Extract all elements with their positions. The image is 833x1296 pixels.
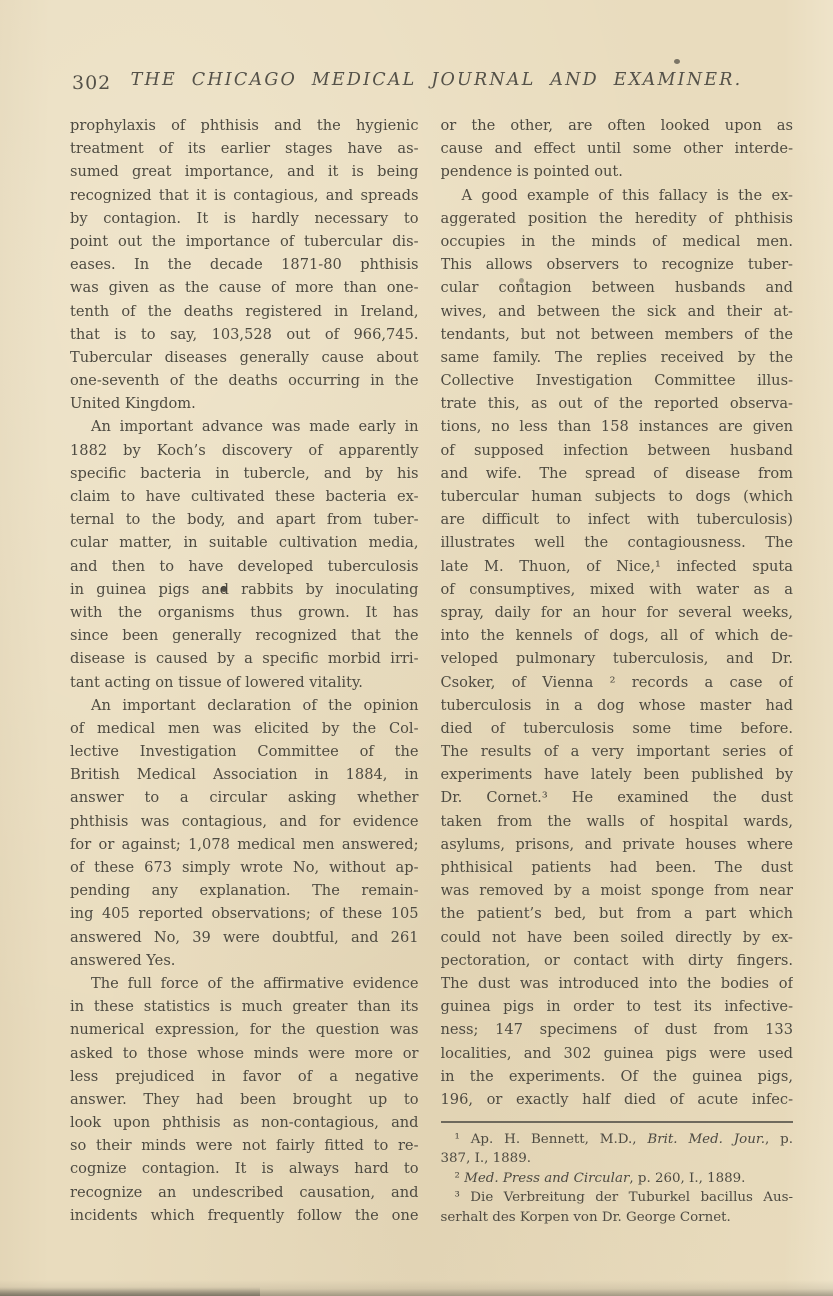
text-line: British Medical Association in 1884, in bbox=[70, 763, 419, 786]
text-line: wives, and between the sick and their at… bbox=[441, 300, 793, 323]
text-line: eases. In the decade 1871-80 phthisis bbox=[70, 253, 419, 276]
paragraph: The full force of the affirmative eviden… bbox=[70, 972, 419, 1227]
text-line: Collective Investigation Committee illus… bbox=[441, 369, 793, 392]
text-line: experiments have lately been published b… bbox=[441, 763, 793, 786]
text-line: cular matter, in suitable cultivation me… bbox=[70, 531, 419, 554]
page-content: 302 THE CHICAGO MEDICAL JOURNAL AND EXAM… bbox=[0, 0, 833, 1228]
footnote-text: serhalt des Korpen von Dr. George Cornet… bbox=[441, 1210, 731, 1225]
text-line: in the experiments. Of the guinea pigs, bbox=[441, 1065, 793, 1088]
text-line: United Kingdom. bbox=[70, 392, 419, 415]
text-line: incidents which frequently follow the on… bbox=[70, 1204, 419, 1227]
paper-speck bbox=[674, 59, 680, 64]
text-line: Csoker, of Vienna ² records a case of bbox=[441, 671, 793, 694]
text-line: could not have been soiled directly by e… bbox=[441, 926, 793, 949]
text-line: of supposed infection between husband bbox=[441, 439, 793, 462]
text-line: recognized that it is contagious, and sp… bbox=[70, 184, 419, 207]
text-line: An important advance was made early in bbox=[70, 415, 419, 438]
text-line: trate this, as out of the reported obser… bbox=[441, 392, 793, 415]
text-line: The results of a very important series o… bbox=[441, 740, 793, 763]
text-line: for or against; 1,078 medical men answer… bbox=[70, 833, 419, 856]
text-line: tendants, but not between members of the bbox=[441, 323, 793, 346]
text-line: ness; 147 specimens of dust from 133 bbox=[441, 1018, 793, 1041]
text-line: treatment of its earlier stages have as- bbox=[70, 137, 419, 160]
text-line: Dr. Cornet.³ He examined the dust bbox=[441, 786, 793, 809]
scan-bottom-shadow-left bbox=[0, 1287, 260, 1296]
text-line: pending any explanation. The remain- bbox=[70, 879, 419, 902]
text-line: asylums, prisons, and private houses whe… bbox=[441, 833, 793, 856]
text-line: Tubercular diseases generally cause abou… bbox=[70, 346, 419, 369]
text-line: aggerated position the heredity of phthi… bbox=[441, 207, 793, 230]
text-line: phthisis was contagious, and for evidenc… bbox=[70, 810, 419, 833]
text-line: lective Investigation Committee of the bbox=[70, 740, 419, 763]
text-line: The dust was introduced into the bodies … bbox=[441, 972, 793, 995]
journal-title: THE CHICAGO MEDICAL JOURNAL AND EXAMINER… bbox=[70, 70, 793, 90]
text-line: pendence is pointed out. bbox=[441, 160, 793, 183]
text-line: spray, daily for an hour for several wee… bbox=[441, 601, 793, 624]
text-line: in these statistics is much greater than… bbox=[70, 995, 419, 1018]
footnote-citation: Brit. Med. Jour. bbox=[647, 1132, 765, 1147]
footnote-line: 387, I., 1889. bbox=[441, 1149, 793, 1169]
right-column: or the other, are often looked upon asca… bbox=[441, 114, 793, 1228]
ink-blot bbox=[221, 586, 227, 592]
text-line: answer to a circular asking whether bbox=[70, 786, 419, 809]
text-line: are difficult to infect with tuberculosi… bbox=[441, 508, 793, 531]
text-line: so their minds were not fairly fitted to… bbox=[70, 1134, 419, 1157]
footnote-line: ² Med. Press and Circular, p. 260, I., 1… bbox=[441, 1169, 793, 1189]
text-line: of consumptives, mixed with water as a bbox=[441, 578, 793, 601]
text-line: occupies in the minds of medical men. bbox=[441, 230, 793, 253]
text-line: pectoration, or contact with dirty finge… bbox=[441, 949, 793, 972]
text-line: illustrates well the contagiousness. The bbox=[441, 531, 793, 554]
text-line: of medical men was elicited by the Col- bbox=[70, 717, 419, 740]
footnote-text: 387, I., 1889. bbox=[441, 1151, 531, 1166]
paper-speck bbox=[519, 278, 524, 283]
text-line: tubercular human subjects to dogs (which bbox=[441, 485, 793, 508]
left-column: prophylaxis of phthisis and the hygienic… bbox=[70, 114, 419, 1228]
text-line: in guinea pigs and rabbits by inoculatin… bbox=[70, 578, 419, 601]
paragraph: A good example of this fallacy is the ex… bbox=[441, 184, 793, 1112]
right-column-paragraphs: or the other, are often looked upon asca… bbox=[441, 114, 793, 1111]
footnote-text: , p. bbox=[765, 1132, 793, 1147]
text-columns: prophylaxis of phthisis and the hygienic… bbox=[70, 114, 793, 1228]
text-line: phthisical patients had been. The dust bbox=[441, 856, 793, 879]
footnote-text: , p. 260, I., 1889. bbox=[629, 1171, 745, 1186]
text-line: 196, or exactly half died of acute infec… bbox=[441, 1088, 793, 1111]
text-line: was removed by a moist sponge from near bbox=[441, 879, 793, 902]
text-line: answered Yes. bbox=[70, 949, 419, 972]
footnote-line: ³ Die Verbreitung der Tuburkel bacillus … bbox=[441, 1188, 793, 1208]
text-line: the patient’s bed, but from a part which bbox=[441, 902, 793, 925]
text-line: cause and effect until some other interd… bbox=[441, 137, 793, 160]
footnote-citation: Med. Press and Circular bbox=[464, 1171, 629, 1186]
text-line: answer. They had been brought up to bbox=[70, 1088, 419, 1111]
text-line: less prejudiced in favor of a negative bbox=[70, 1065, 419, 1088]
text-line: The full force of the affirmative eviden… bbox=[70, 972, 419, 995]
footnote-line: ¹ Ap. H. Bennett, M.D., Brit. Med. Jour.… bbox=[441, 1130, 793, 1150]
journal-page: 302 THE CHICAGO MEDICAL JOURNAL AND EXAM… bbox=[0, 0, 833, 1296]
text-line: was given as the cause of more than one- bbox=[70, 276, 419, 299]
text-line: same family. The replies received by the bbox=[441, 346, 793, 369]
text-line: asked to those whose minds were more or bbox=[70, 1042, 419, 1065]
text-line: look upon phthisis as non-contagious, an… bbox=[70, 1111, 419, 1134]
text-line: taken from the walls of hospital wards, bbox=[441, 810, 793, 833]
footnote-line: serhalt des Korpen von Dr. George Cornet… bbox=[441, 1208, 793, 1228]
text-line: veloped pulmonary tuberculosis, and Dr. bbox=[441, 647, 793, 670]
text-line: and wife. The spread of disease from bbox=[441, 462, 793, 485]
text-line: ternal to the body, and apart from tuber… bbox=[70, 508, 419, 531]
text-line: claim to have cultivated these bacteria … bbox=[70, 485, 419, 508]
footnotes: ¹ Ap. H. Bennett, M.D., Brit. Med. Jour.… bbox=[441, 1130, 793, 1228]
text-line: late M. Thuon, of Nice,¹ infected sputa bbox=[441, 555, 793, 578]
text-line: numerical expression, for the question w… bbox=[70, 1018, 419, 1041]
paragraph: or the other, are often looked upon asca… bbox=[441, 114, 793, 184]
text-line: and then to have developed tuberculosis bbox=[70, 555, 419, 578]
text-line: one-seventh of the deaths occurring in t… bbox=[70, 369, 419, 392]
page-header: 302 THE CHICAGO MEDICAL JOURNAL AND EXAM… bbox=[70, 70, 793, 96]
text-line: localities, and 302 guinea pigs were use… bbox=[441, 1042, 793, 1065]
text-line: tenth of the deaths registered in Irelan… bbox=[70, 300, 419, 323]
text-line: guinea pigs in order to test its infecti… bbox=[441, 995, 793, 1018]
text-line: or the other, are often looked upon as bbox=[441, 114, 793, 137]
paragraph: An important declaration of the opiniono… bbox=[70, 694, 419, 972]
text-line: sumed great importance, and it is being bbox=[70, 160, 419, 183]
text-line: point out the importance of tubercular d… bbox=[70, 230, 419, 253]
text-line: died of tuberculosis some time before. bbox=[441, 717, 793, 740]
text-line: prophylaxis of phthisis and the hygienic bbox=[70, 114, 419, 137]
text-line: into the kennels of dogs, all of which d… bbox=[441, 624, 793, 647]
footnote-text: ² bbox=[455, 1171, 465, 1186]
text-line: cular contagion between husbands and bbox=[441, 276, 793, 299]
footnote-rule bbox=[441, 1121, 793, 1123]
text-line: with the organisms thus grown. It has bbox=[70, 601, 419, 624]
text-line: tions, no less than 158 instances are gi… bbox=[441, 415, 793, 438]
paragraph: prophylaxis of phthisis and the hygienic… bbox=[70, 114, 419, 415]
text-line: tant acting on tissue of lowered vitalit… bbox=[70, 671, 419, 694]
text-line: A good example of this fallacy is the ex… bbox=[441, 184, 793, 207]
text-line: recognize an undescribed causation, and bbox=[70, 1181, 419, 1204]
text-line: disease is caused by a specific morbid i… bbox=[70, 647, 419, 670]
text-line: of these 673 simply wrote No, without ap… bbox=[70, 856, 419, 879]
text-line: This allows observers to recognize tuber… bbox=[441, 253, 793, 276]
footnote-text: ¹ Ap. H. Bennett, M.D., bbox=[455, 1132, 648, 1147]
text-line: by contagion. It is hardly necessary to bbox=[70, 207, 419, 230]
text-line: 1882 by Koch’s discovery of apparently bbox=[70, 439, 419, 462]
text-line: since been generally recognized that the bbox=[70, 624, 419, 647]
text-line: tuberculosis in a dog whose master had bbox=[441, 694, 793, 717]
text-line: answered No, 39 were doubtful, and 261 bbox=[70, 926, 419, 949]
text-line: An important declaration of the opinion bbox=[70, 694, 419, 717]
text-line: cognize contagion. It is always hard to bbox=[70, 1157, 419, 1180]
page-number: 302 bbox=[72, 72, 111, 94]
text-line: specific bacteria in tubercle, and by hi… bbox=[70, 462, 419, 485]
footnote-text: ³ Die Verbreitung der Tuburkel bacillus … bbox=[455, 1190, 793, 1205]
paragraph: An important advance was made early in18… bbox=[70, 415, 419, 693]
text-line: ing 405 reported observations; of these … bbox=[70, 902, 419, 925]
text-line: that is to say, 103,528 out of 966,745. bbox=[70, 323, 419, 346]
